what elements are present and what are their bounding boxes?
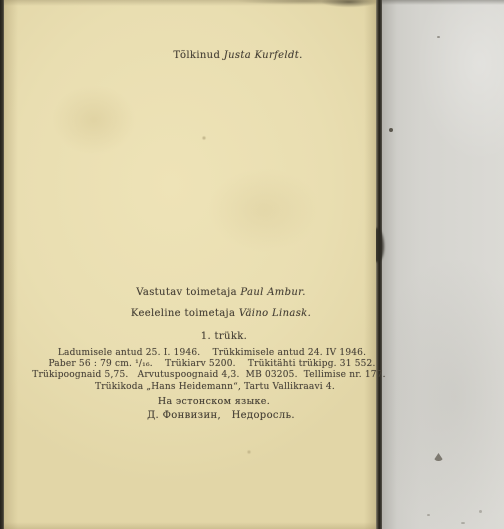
book-page: Tõlkinud Justa Kurfeldt. Vastutav toimet… <box>4 0 376 529</box>
responsible-editor-line: Vastutav toimetaja Paul Ambur. <box>71 287 371 298</box>
translator-line: Tõlkinud Justa Kurfeldt. <box>88 50 388 61</box>
gutter-shadow <box>376 0 382 529</box>
language-editor-line: Keeleline toimetaja Väino Linask. <box>71 308 371 319</box>
translator-name: Justa Kurfeldt. <box>224 50 303 61</box>
facing-page <box>381 0 504 529</box>
editor-label: Vastutav toimetaja <box>136 287 237 298</box>
dust-speck <box>461 522 465 524</box>
book-scan: Tõlkinud Justa Kurfeldt. Vastutav toimet… <box>0 0 504 529</box>
imprint-line-3: Trükipoognaid 5,75. Arvutuspoognaid 4,3.… <box>29 370 389 380</box>
paper-sheen <box>381 0 504 529</box>
editor-label: Keeleline toimetaja <box>131 308 235 319</box>
imprint-line-1: Ladumisele antud 25. I. 1946. Trükkimise… <box>32 348 392 358</box>
edition-line: 1. trükk. <box>74 331 374 342</box>
imprint-line-4: Trükikoda „Hans Heidemann“, Tartu Vallik… <box>35 382 395 392</box>
language-note-line: На эстонском языке. <box>64 396 364 407</box>
paper-texture <box>4 0 376 529</box>
dust-speck <box>437 36 440 38</box>
translator-label: Tõlkinud <box>173 50 220 61</box>
ink-speck <box>389 128 393 132</box>
original-work-line: Д. Фонвизин, Недоросль. <box>71 410 371 421</box>
editor-name: Paul Ambur. <box>240 287 305 298</box>
editor-name: Väino Linask. <box>239 308 311 319</box>
dust-speck <box>427 514 430 516</box>
dust-speck <box>479 510 482 513</box>
imprint-line-2: Paber 56 : 79 cm. ¹/₁₆. Trükiarv 5200. T… <box>32 359 392 369</box>
